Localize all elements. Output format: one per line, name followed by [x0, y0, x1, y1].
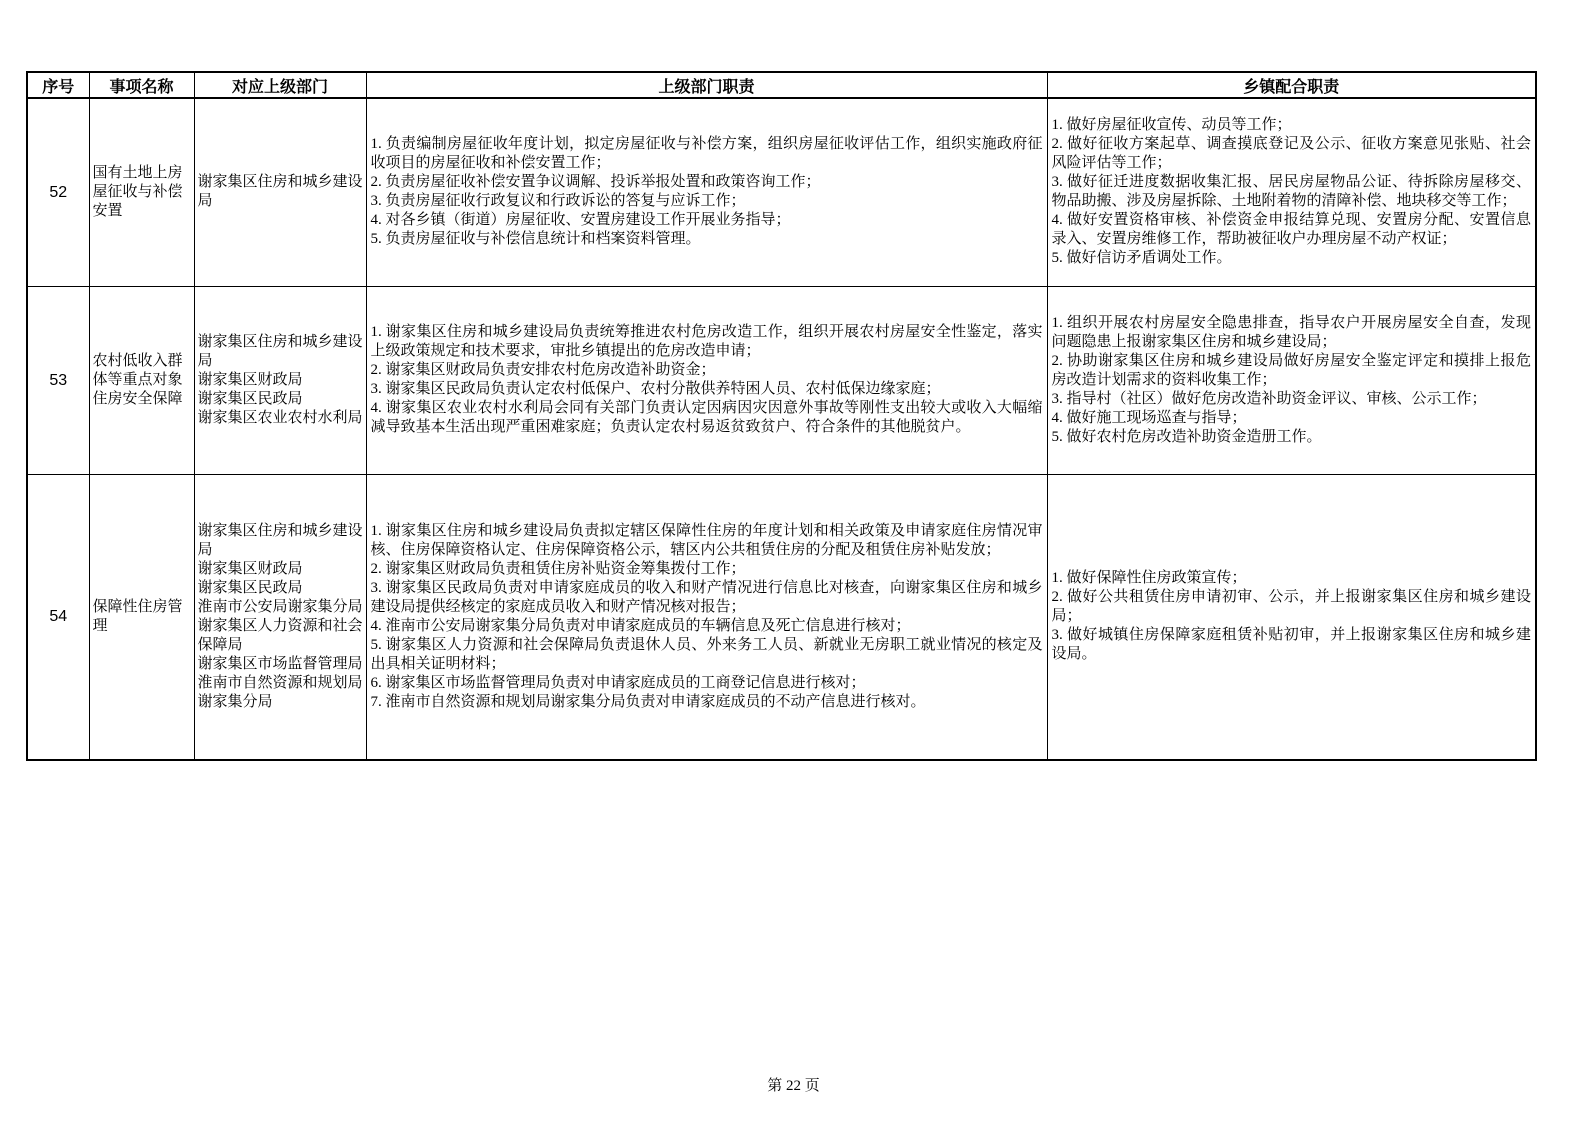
row-53-item-name: 农村低收入群体等重点对象住房安全保障 [89, 286, 194, 474]
row-53-serial: 53 [27, 286, 89, 474]
row-54-departments: 谢家集区住房和城乡建设局 谢家集区财政局 谢家集区民政局 淮南市公安局谢家集分局… [194, 474, 366, 760]
column-header-serial: 序号 [27, 72, 89, 98]
column-header-superior-department: 对应上级部门 [194, 72, 366, 98]
column-header-township-duties: 乡镇配合职责 [1047, 72, 1536, 98]
row-54-township-duties: 1. 做好保障性住房政策宣传； 2. 做好公共租赁住房申请初审、公示，并上报谢家… [1047, 474, 1536, 760]
row-53-departments: 谢家集区住房和城乡建设局 谢家集区财政局 谢家集区民政局 谢家集区农业农村水利局 [194, 286, 366, 474]
row-53-township-duties: 1. 组织开展农村房屋安全隐患排查，指导农户开展房屋安全自查，发现问题隐患上报谢… [1047, 286, 1536, 474]
row-54-superior-duties: 1. 谢家集区住房和城乡建设局负责拟定辖区保障性住房的年度计划和相关政策及申请家… [366, 474, 1047, 760]
row-52-township-duties: 1. 做好房屋征收宣传、动员等工作； 2. 做好征收方案起草、调查摸底登记及公示… [1047, 98, 1536, 286]
page-number: 第 22 页 [0, 1074, 1587, 1095]
responsibility-table: 序号 事项名称 对应上级部门 上级部门职责 乡镇配合职责 52 国有土地上房屋征… [26, 71, 1537, 761]
row-52-departments: 谢家集区住房和城乡建设局 [194, 98, 366, 286]
column-header-superior-duties: 上级部门职责 [366, 72, 1047, 98]
row-52-item-name: 国有土地上房屋征收与补偿安置 [89, 98, 194, 286]
column-header-item-name: 事项名称 [89, 72, 194, 98]
table-header-row: 序号 事项名称 对应上级部门 上级部门职责 乡镇配合职责 [27, 72, 1536, 98]
table-row-53: 53 农村低收入群体等重点对象住房安全保障 谢家集区住房和城乡建设局 谢家集区财… [27, 286, 1536, 474]
row-54-item-name: 保障性住房管理 [89, 474, 194, 760]
row-52-superior-duties: 1. 负责编制房屋征收年度计划，拟定房屋征收与补偿方案，组织房屋征收评估工作，组… [366, 98, 1047, 286]
table-row-52: 52 国有土地上房屋征收与补偿安置 谢家集区住房和城乡建设局 1. 负责编制房屋… [27, 98, 1536, 286]
row-52-serial: 52 [27, 98, 89, 286]
table-row-54: 54 保障性住房管理 谢家集区住房和城乡建设局 谢家集区财政局 谢家集区民政局 … [27, 474, 1536, 760]
row-53-superior-duties: 1. 谢家集区住房和城乡建设局负责统筹推进农村危房改造工作，组织开展农村房屋安全… [366, 286, 1047, 474]
row-54-serial: 54 [27, 474, 89, 760]
